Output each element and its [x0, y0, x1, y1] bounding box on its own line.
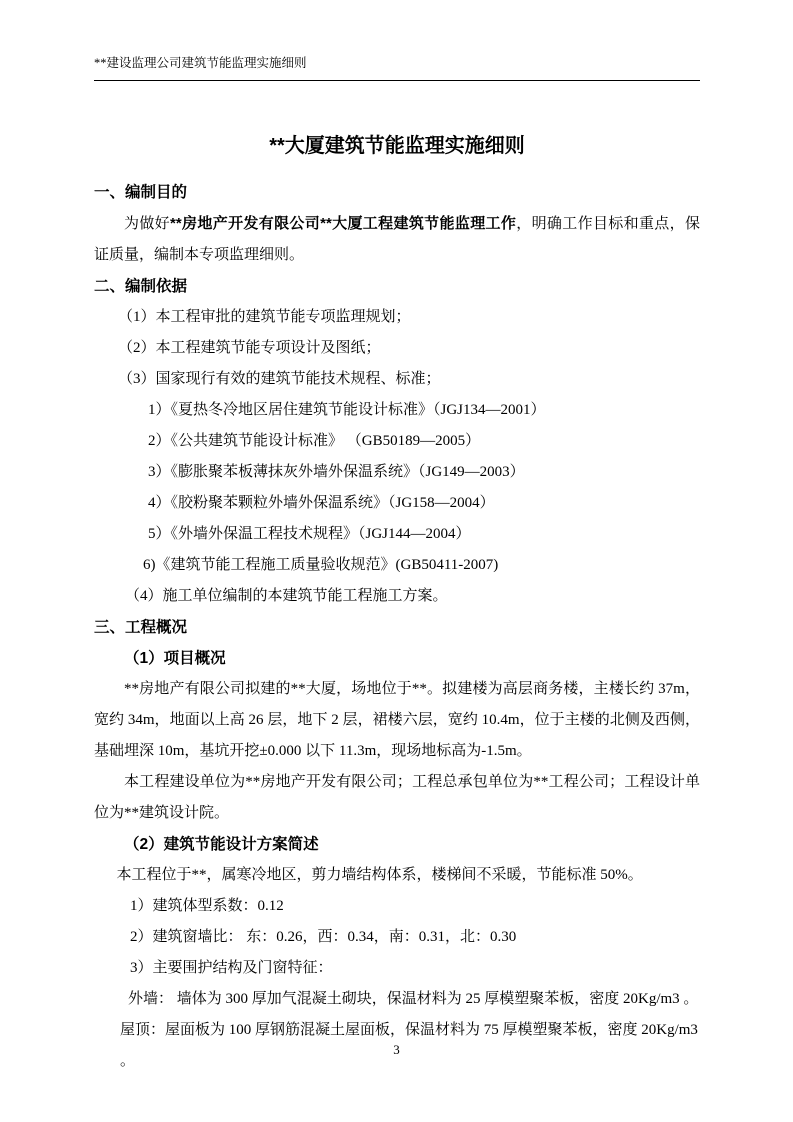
standard-item: 3）《膨胀聚苯板薄抹灰外墙外保温系统》（JG149—2003） [94, 457, 700, 488]
project-parties-paragraph: 本工程建设单位为**房地产开发有限公司；工程总承包单位为**工程公司；工程设计单… [94, 767, 700, 829]
design-item: 1）建筑体型系数：0.12 [94, 891, 700, 922]
section3-sub2-heading: （2）建筑节能设计方案简述 [94, 829, 700, 860]
section3-sub1-heading: （1）项目概况 [94, 643, 700, 674]
paragraph-text: 为做好 [124, 216, 170, 232]
list-item: （3）国家现行有效的建筑节能技术规程、标准； [94, 364, 700, 395]
header-text: **建设监理公司建筑节能监理实施细则 [94, 56, 307, 70]
document-page: **建设监理公司建筑节能监理实施细则 **大厦建筑节能监理实施细则 一、编制目的… [0, 0, 793, 1122]
standard-item: 5）《外墙外保温工程技术规程》（JGJ144—2004） [94, 519, 700, 550]
page-body: **建设监理公司建筑节能监理实施细则 **大厦建筑节能监理实施细则 一、编制目的… [0, 0, 793, 1077]
design-intro-paragraph: 本工程位于**，属寒冷地区，剪力墙结构体系，楼梯间不采暖，节能标准 50%。 [94, 860, 700, 891]
list-item: （2）本工程建筑节能专项设计及图纸； [94, 333, 700, 364]
list-item: （1）本工程审批的建筑节能专项监理规划； [94, 302, 700, 333]
section1-paragraph: 为做好**房地产开发有限公司**大厦工程建筑节能监理工作，明确工作目标和重点，保… [94, 208, 700, 271]
design-item: 3）主要围护结构及门窗特征： [94, 953, 700, 984]
paragraph-bold-text: **房地产开发有限公司**大厦工程建筑节能监理工作 [170, 215, 516, 232]
standard-item: 1）《夏热冬冷地区居住建筑节能设计标准》（JGJ134—2001） [94, 395, 700, 426]
document-title: **大厦建筑节能监理实施细则 [94, 133, 700, 159]
page-number: 3 [0, 1042, 793, 1058]
design-item: 2）建筑窗墙比： 东：0.26，西：0.34，南：0.31，北：0.30 [94, 922, 700, 953]
page-header: **建设监理公司建筑节能监理实施细则 [94, 55, 700, 81]
standard-item: 6)《建筑节能工程施工质量验收规范》(GB50411-2007) [94, 550, 700, 581]
document-content: 一、编制目的 为做好**房地产开发有限公司**大厦工程建筑节能监理工作，明确工作… [94, 177, 700, 1077]
wall-spec-line: 外墙： 墙体为 300 厚加气混凝土砌块，保温材料为 25 厚模塑聚苯板，密度 … [94, 984, 700, 1015]
section2-heading: 二、编制依据 [94, 271, 700, 302]
project-overview-paragraph: **房地产有限公司拟建的**大厦，场地位于**。拟建楼为高层商务楼，主楼长约 3… [94, 674, 700, 767]
standard-item: 4）《胶粉聚苯颗粒外墙外保温系统》（JG158—2004） [94, 488, 700, 519]
section1-heading: 一、编制目的 [94, 177, 700, 208]
standard-item: 2）《公共建筑节能设计标准》 （GB50189—2005） [94, 426, 700, 457]
list-item: （4）施工单位编制的本建筑节能工程施工方案。 [94, 581, 700, 612]
section3-heading: 三、工程概况 [94, 612, 700, 643]
